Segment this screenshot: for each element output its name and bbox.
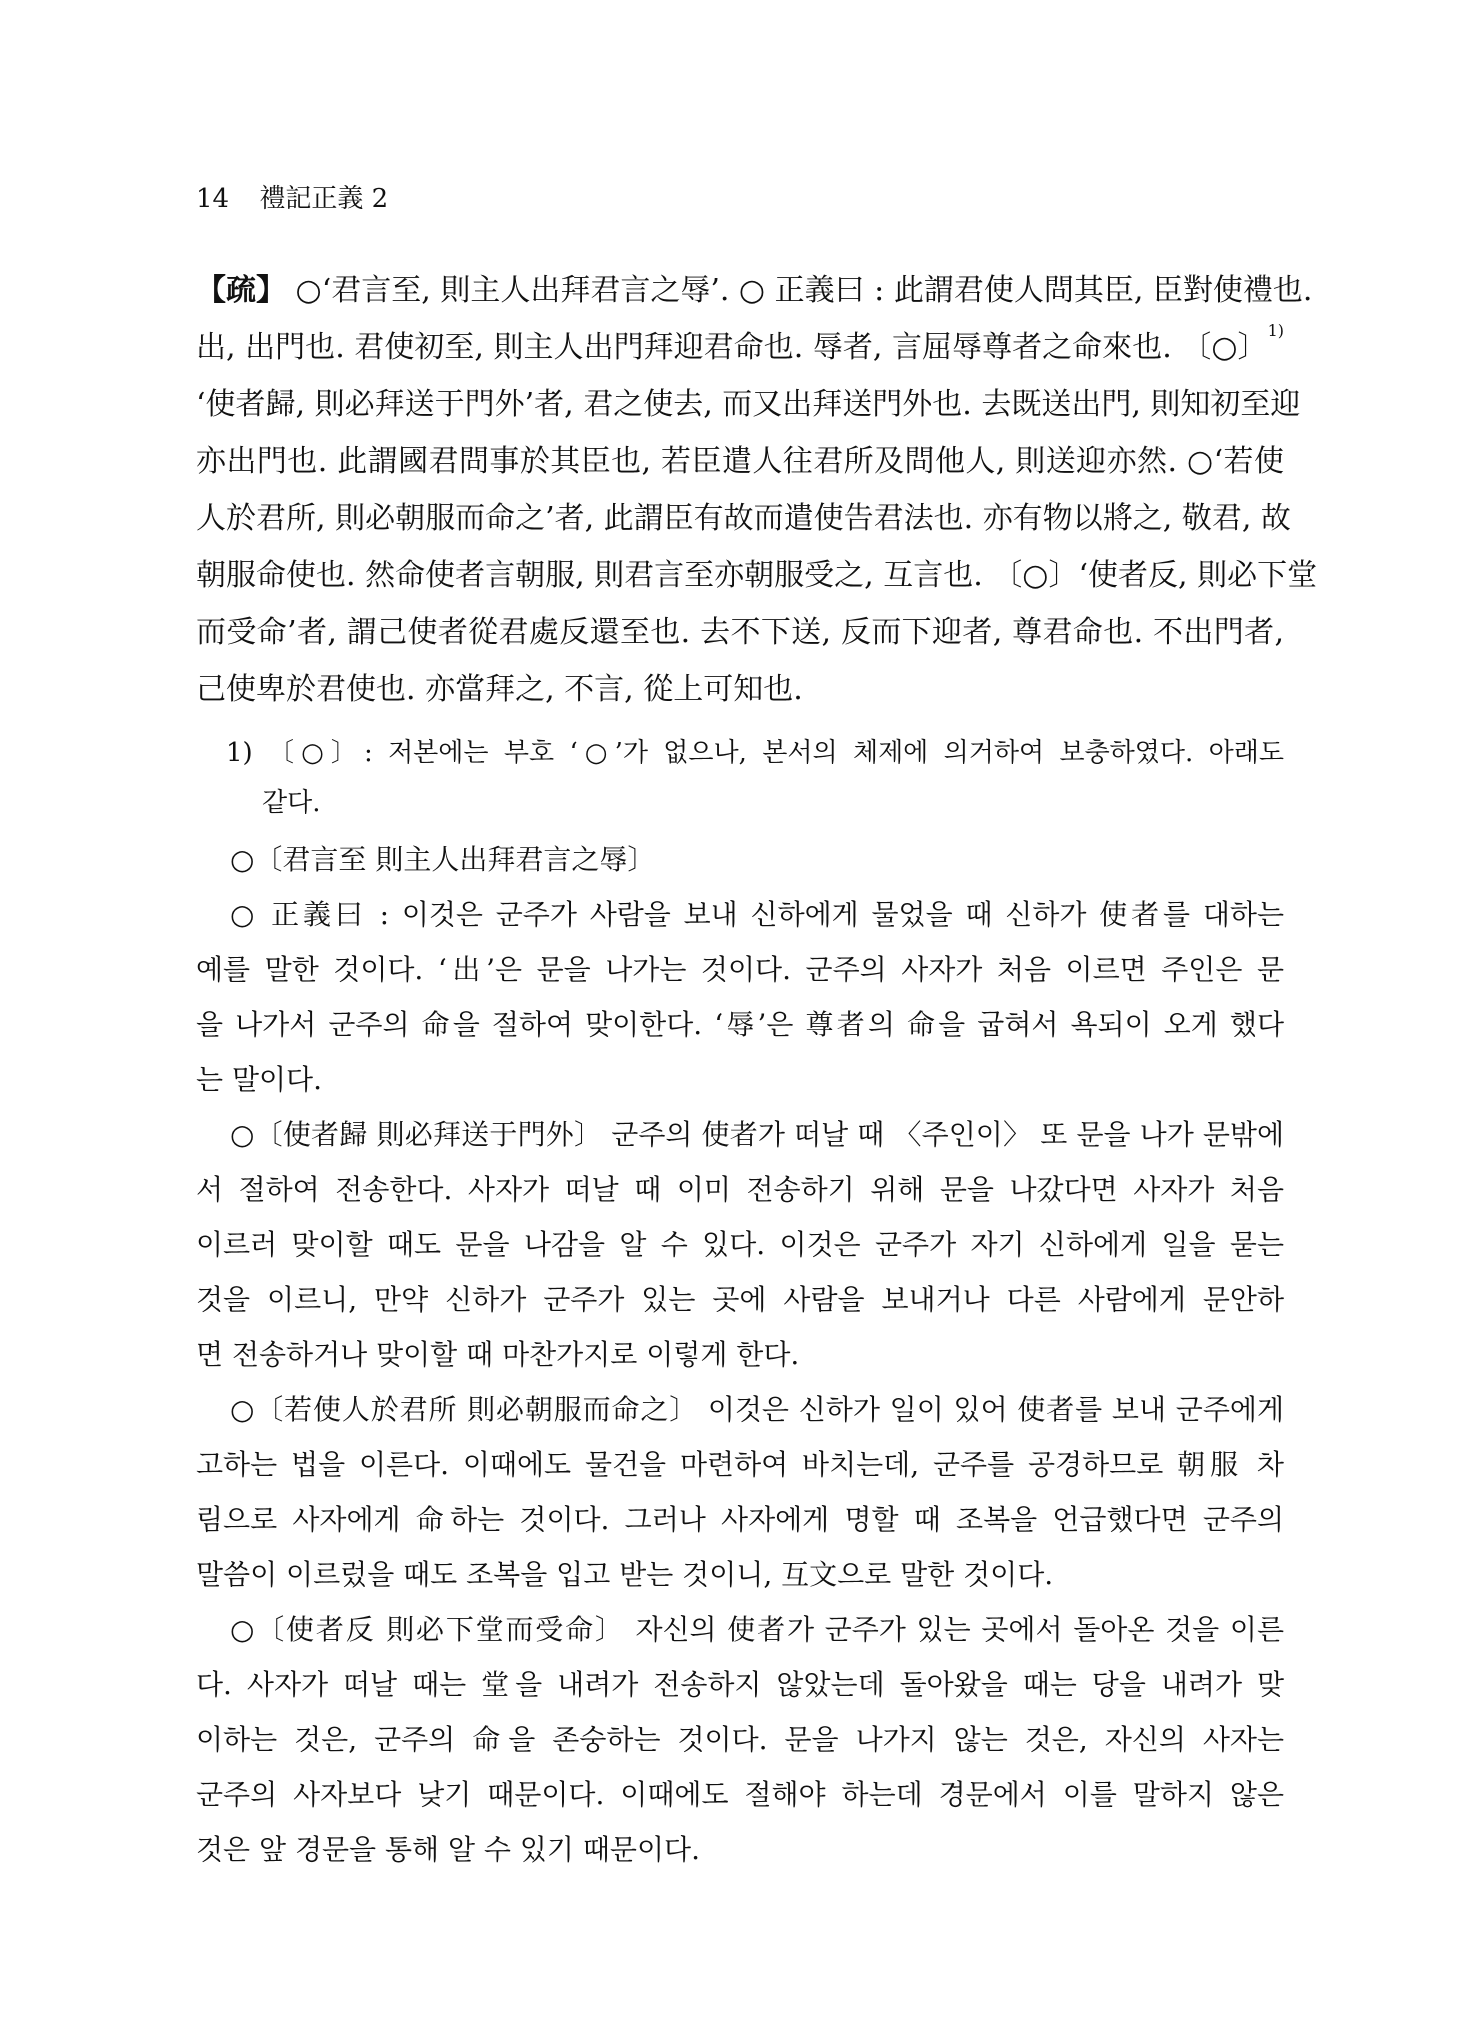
footnote-line: 같다. (226, 778, 1284, 828)
commentary-section: 【疏】 ○‘君言至, 則主人出拜君言之辱’. ○ 正義曰 : 此謂君使人問其臣,… (196, 262, 1284, 718)
commentary-tag: 【疏】 (196, 273, 286, 308)
commentary-line: 亦出門也. 此謂國君問事於其臣也, 若臣遣人往君所及問他人, 則送迎亦然. ○‘… (196, 433, 1284, 490)
translation-paragraph: ○ 正義曰 : 이것은 군주가 사람을 보내 신하에게 물었을 때 신하가 使者… (196, 887, 1284, 1107)
commentary-line: ‘使者歸, 則必拜送于門外’者, 君之使去, 而又出拜送門外也. 去既送出門, … (196, 376, 1284, 433)
footnote-marker[interactable]: 1) (1268, 321, 1284, 340)
commentary-line: 出, 出門也. 君使初至, 則主人出門拜迎君命也. 辱者, 言屈辱尊者之命來也.… (196, 319, 1284, 376)
running-header: 14 禮記正義 2 (196, 178, 388, 215)
page-number: 14 (196, 184, 229, 214)
translation-paragraph: ○〔若使人於君所 則必朝服而命之〕 이것은 신하가 일이 있어 使者를 보내 군… (196, 1382, 1284, 1602)
footnote-line: 1) 〔○〕: 저본에는 부호 ‘○’가 없으나, 본서의 체제에 의거하여 보… (226, 728, 1284, 778)
commentary-line: 己使卑於君使也. 亦當拜之, 不言, 從上可知也. (196, 661, 1284, 718)
translation-paragraph: ○〔使者反 則必下堂而受命〕 자신의 使者가 군주가 있는 곳에서 돌아온 것을… (196, 1602, 1284, 1877)
translation-section: ○〔君言至 則主人出拜君言之辱〕 ○ 正義曰 : 이것은 군주가 사람을 보내 … (196, 832, 1284, 1877)
footnote-section: 1) 〔○〕: 저본에는 부호 ‘○’가 없으나, 본서의 체제에 의거하여 보… (226, 728, 1284, 828)
commentary-line: 人於君所, 則必朝服而命之’者, 此謂臣有故而遣使告君法也. 亦有物以將之, 敬… (196, 490, 1284, 547)
commentary-line: 而受命’者, 謂己使者從君處反還至也. 去不下送, 反而下迎者, 尊君命也. 不… (196, 604, 1284, 661)
commentary-line: 朝服命使也. 然命使者言朝服, 則君言至亦朝服受之, 互言也. 〔○〕‘使者反,… (196, 547, 1284, 604)
translation-heading: ○〔君言至 則主人出拜君言之辱〕 (196, 832, 1284, 887)
commentary-line: 【疏】 ○‘君言至, 則主人出拜君言之辱’. ○ 正義曰 : 此謂君使人問其臣,… (196, 262, 1284, 319)
book-title: 禮記正義 2 (259, 184, 388, 214)
translation-paragraph: ○〔使者歸 則必拜送于門外〕 군주의 使者가 떠날 때 〈주인이〉 또 문을 나… (196, 1107, 1284, 1382)
